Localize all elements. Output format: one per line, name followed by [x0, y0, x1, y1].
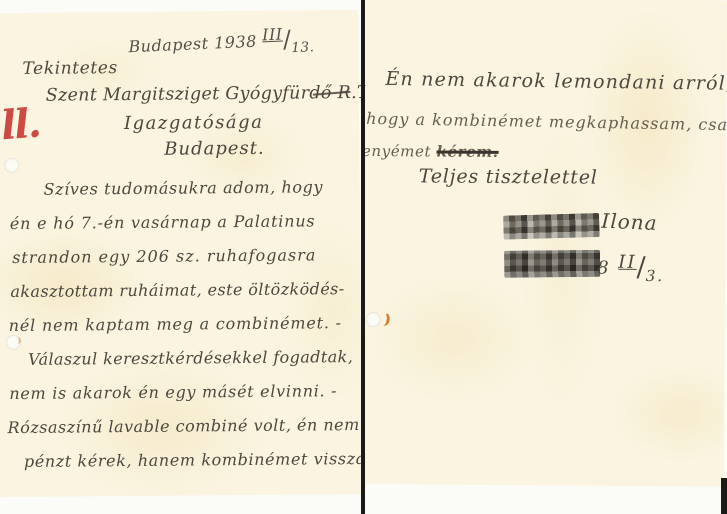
red-margin-mark: ll. — [0, 102, 41, 149]
address-floor-roman: II — [618, 252, 636, 273]
redacted-surname-block — [503, 213, 600, 240]
body-line: nem is akarok én egy másét elvinni. - — [9, 382, 337, 402]
address-door: 3. — [646, 267, 665, 285]
letter-scan: Budapest 1938 III/13. Tekintetes Szent M… — [0, 0, 727, 514]
body-line: én e hó 7.-én vasárnap a Palatinus — [10, 212, 316, 232]
scan-edge-bar — [721, 478, 727, 514]
body-line: Én nem akarok lemondani arról, — [385, 69, 727, 95]
body-line: enyémet kérem. — [362, 143, 499, 160]
orange-smudge-right — [377, 311, 391, 327]
address-fraction: II/3. — [618, 251, 664, 281]
address-number: 8 — [597, 258, 618, 279]
body-line: Szíves tudomásukra adom, hogy — [43, 178, 323, 198]
date-line: Budapest 1938 III/13. — [128, 23, 315, 57]
body-line: Rózsaszínű lavable combiné volt, én nem — [8, 416, 360, 437]
body-line-prefix: enyémet — [362, 142, 437, 161]
date-city-year: Budapest 1938 — [128, 31, 263, 56]
recipient-salutation: Tekintetes — [22, 59, 117, 79]
letter-page-2: Én nem akarok lemondani arról, hogy a ko… — [363, 0, 727, 487]
date-day: 13. — [291, 39, 315, 56]
body-line: strandon egy 206 sz. ruhafogasra — [12, 246, 316, 266]
body-line: nél nem kaptam meg a combinémet. - — [9, 314, 342, 334]
recipient-company: Szent Margitsziget Gyógyfürdő R.T. — [46, 84, 373, 106]
corrected-word: kérem. — [436, 142, 498, 160]
letter-page-1: Budapest 1938 III/13. Tekintetes Szent M… — [0, 10, 362, 497]
date-month-roman: III — [262, 25, 283, 45]
punch-hole-top-left — [4, 158, 19, 173]
page-seam — [361, 0, 365, 514]
body-line: Válaszul keresztkérdésekkel fogadtak, — [28, 348, 353, 368]
orange-smudge-left — [14, 337, 21, 344]
date-fraction: III/13. — [262, 23, 315, 52]
redacted-street-block — [504, 250, 600, 278]
address-line: 8 II/3. — [597, 251, 664, 281]
recipient-city: Budapest. — [164, 139, 265, 160]
recipient-department: Igazgatósága — [124, 113, 264, 134]
body-line: akasztottam ruháimat, este öltözködés- — [10, 280, 344, 301]
body-line: pénzt kérek, hanem kombinémet vissza. — [24, 450, 372, 471]
date-slash: / — [282, 25, 291, 53]
body-line: hogy a kombinémet megkaphassam, csak az — [366, 110, 727, 135]
address-slash: / — [636, 252, 645, 283]
closing-line: Teljes tisztelettel — [419, 166, 598, 188]
signature-name: Ilona — [601, 210, 658, 234]
